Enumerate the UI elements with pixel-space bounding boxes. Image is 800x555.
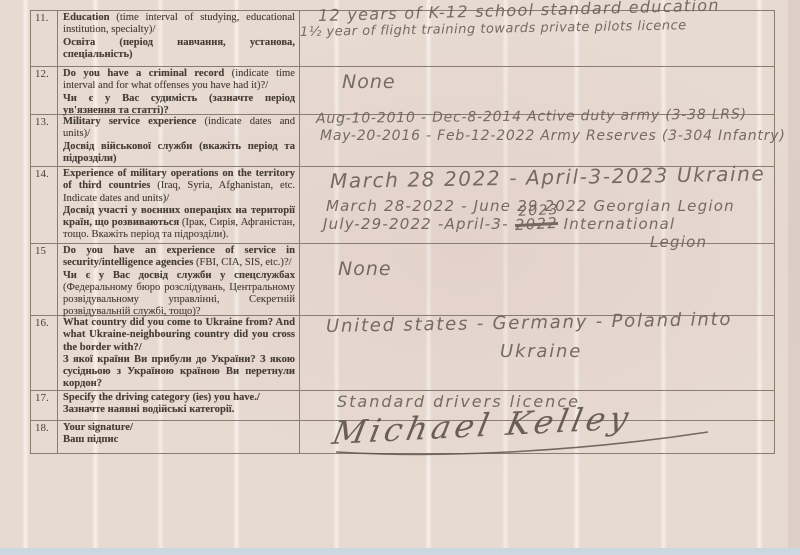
question-en-bold: Your signature/: [63, 422, 133, 433]
scanned-form-page: 11. Education (time interval of studying…: [0, 0, 800, 555]
answer-operations-line-3-suffix: International: [558, 215, 676, 233]
question-en-rest: (FBI, CIA, SIS, etc.)?/: [193, 257, 291, 268]
question-uk-bold: Досвід військової служби (вкажіть період…: [63, 141, 295, 164]
row-11-number: 11.: [31, 11, 58, 66]
question-uk-bold: Ваш підпис: [63, 434, 118, 445]
row-18-question: Your signature/ Ваш підпис: [58, 421, 300, 453]
row-14-number: 14.: [31, 167, 58, 243]
question-uk-bold: Чи є у Вас досвід служби у спецслужбах: [63, 270, 295, 281]
row-13-question: Military service experience (indicate da…: [58, 115, 300, 166]
row-15-question: Do you have an experience of service in …: [58, 244, 300, 315]
row-11-question: Education (time interval of studying, ed…: [58, 11, 300, 66]
row-15-number: 15: [31, 244, 58, 315]
scan-bottom-edge: [0, 548, 800, 555]
row-17-question: Specify the driving category (ies) you h…: [58, 391, 300, 420]
answer-entry-route-line-2: Ukraine: [500, 341, 582, 362]
row-17-number: 17.: [31, 391, 58, 420]
answer-operations-struck-year: 20222023: [514, 214, 558, 234]
row-14-question: Experience of military operations on the…: [58, 167, 300, 243]
answer-operations-line-3: July-29-2022 -April-3- 20222023 Internat…: [323, 215, 675, 233]
answer-operations-line-4: Legion: [650, 233, 707, 251]
question-en-bold: Education: [63, 12, 110, 23]
table-row-intelligence-service: 15 Do you have an experience of service …: [31, 244, 774, 316]
answer-criminal-record: None: [342, 71, 396, 93]
row-16-number: 16.: [31, 316, 58, 390]
row-12-question: Do you have a criminal record (indicate …: [58, 67, 300, 114]
question-en-bold: Military service experience: [63, 116, 196, 127]
row-12-number: 12.: [31, 67, 58, 114]
signature-flourish: [330, 428, 715, 458]
row-18-number: 18.: [31, 421, 58, 453]
answer-operations-corrected-year: 2023: [518, 202, 559, 220]
question-uk-rest: (Федеральному бюро розслідувань, Централ…: [63, 282, 295, 318]
answer-operations-line-3-prefix: July-29-2022 -April-3-: [323, 215, 515, 233]
question-uk-bold: Чи є у Вас судимість (зазначте період ув…: [63, 93, 295, 116]
question-en-bold: Specify the driving category (ies) you h…: [63, 392, 260, 403]
question-en-bold: Do you have a criminal record: [63, 68, 224, 79]
answer-intelligence: None: [338, 258, 392, 280]
question-uk-bold: Зазначте наявні водійські категорії.: [63, 404, 234, 415]
scan-edge-shade: [788, 0, 800, 555]
row-13-number: 13.: [31, 115, 58, 166]
question-uk-bold: З якої країни Ви прибули до України? З я…: [63, 354, 295, 390]
question-uk-bold: Освіта (період навчання, установа, спеці…: [63, 37, 295, 60]
question-en-bold: What country did you come to Ukraine fro…: [63, 317, 295, 353]
row-16-question: What country did you come to Ukraine fro…: [58, 316, 300, 390]
answer-military-line-2: May-20-2016 - Feb-12-2022 Army Reserves …: [320, 128, 786, 144]
